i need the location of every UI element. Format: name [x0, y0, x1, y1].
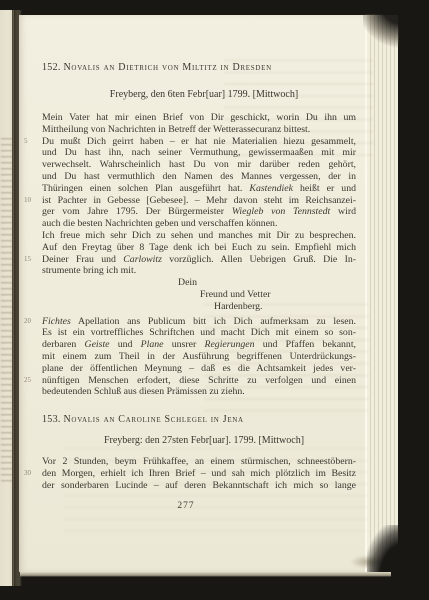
text-line: Hardenberg.: [42, 301, 356, 313]
corner-shadow-top-right: [363, 14, 399, 50]
text-line: 25nünftigen Menschen erfodert, diese Sch…: [42, 375, 356, 387]
text-line: bedeutenden Schluß aus diesen Prämissen …: [42, 386, 356, 398]
text-line: 5Du mußt Dich geirrt haben – er hat nie …: [42, 136, 356, 148]
letter-152: 152. Novalis an Dietrich von Miltitz in …: [42, 62, 356, 398]
letter-body: Vor 2 Stunden, beym Frühkaffee, an einem…: [42, 456, 356, 491]
margin-line-number: 10: [24, 196, 38, 204]
letter-title: Novalis an Caroline Schlegel in Jena: [64, 414, 244, 425]
margin-line-number: 5: [24, 137, 38, 145]
text-line: und Du hast vermuthlich den Namen des Ma…: [42, 171, 356, 183]
text-line: ger vom Jahre 1795. Der Bürgermeister Wi…: [42, 206, 356, 218]
letter-closing: DeinFreund und VetterHardenberg.: [42, 277, 356, 312]
text-line: Dein: [42, 277, 356, 289]
text-line: 20Fichtes Apellation ans Publicum bitt i…: [42, 316, 356, 328]
corner-shadow-bottom-right: [367, 525, 399, 573]
text-line: Mein Vater hat mir einen Brief von Dir g…: [42, 112, 356, 124]
letter-title: Novalis an Dietrich von Miltitz in Dresd…: [64, 62, 272, 73]
text-line: 30den Morgen, erhielt ich Ihren Brief – …: [42, 468, 356, 480]
text-line: Mittheilung von Nachrichten in Betreff d…: [42, 124, 356, 136]
page-edge-stack: [365, 15, 398, 572]
letter-number: 153.: [42, 414, 61, 425]
text-line: Freund und Vetter: [42, 289, 356, 301]
text-line: der sonderbaren Lucinde – auf deren Beka…: [42, 480, 356, 492]
letter-heading: 152. Novalis an Dietrich von Miltitz in …: [42, 62, 356, 74]
letter-postscript: 20Fichtes Apellation ans Publicum bitt i…: [42, 316, 356, 399]
text-line: Ich freue mich sehr Dich zu sehen und ma…: [42, 230, 356, 242]
text-line: Auf den Freytag über 8 Tage denk ich bei…: [42, 242, 356, 254]
text-column: 152. Novalis an Dietrich von Miltitz in …: [42, 62, 356, 511]
text-line: plane der öffentlichen Meynung – daß es …: [42, 363, 356, 375]
margin-line-number: 25: [24, 376, 38, 384]
letter-153: 153. Novalis an Caroline Schlegel in Jen…: [42, 414, 356, 491]
text-line: Thüringen einen solchen Plan ausgeführt …: [42, 183, 356, 195]
letter-dateline: Freyberg: den 27sten Febr[uar]. 1799. [M…: [42, 435, 356, 447]
text-line: Vor 2 Stunden, beym Frühkaffee, an einem…: [42, 456, 356, 468]
text-line: 15Deiner Frau und Carlowitz vorzüglich. …: [42, 254, 356, 266]
letter-number: 152.: [42, 62, 61, 73]
text-line: Es ist ein vortreffliches Schriftchen un…: [42, 327, 356, 339]
letter-heading: 153. Novalis an Caroline Schlegel in Jen…: [42, 414, 356, 426]
text-line: und Du hast ihn, nach seiner Vermuthung,…: [42, 147, 356, 159]
text-line: mit einem zum Theil in der Ausführung be…: [42, 351, 356, 363]
page-bottom-edge: [20, 572, 391, 577]
text-line: strumente bring ich mit.: [42, 265, 356, 277]
letter-dateline: Freyberg, den 6ten Febr[uar] 1799. [Mitt…: [42, 89, 356, 101]
letter-body: Mein Vater hat mir einen Brief von Dir g…: [42, 112, 356, 277]
text-line: 10ist Pachter in Gebesse [Gebesee]. – Me…: [42, 195, 356, 207]
text-line: derbaren Geiste und Plane unsrer Regieru…: [42, 339, 356, 351]
margin-line-number: 15: [24, 255, 38, 263]
page-number: 277: [29, 501, 343, 511]
margin-line-number: 30: [24, 469, 38, 477]
margin-line-number: 20: [24, 317, 38, 325]
book-page: 152. Novalis an Dietrich von Miltitz in …: [19, 15, 398, 572]
text-line: auch die besten Nachrichten geben und ve…: [42, 218, 356, 230]
book-photo: 152. Novalis an Dietrich von Miltitz in …: [0, 0, 429, 600]
text-line: verwechselt. Wahrscheinlich hast Du von …: [42, 159, 356, 171]
